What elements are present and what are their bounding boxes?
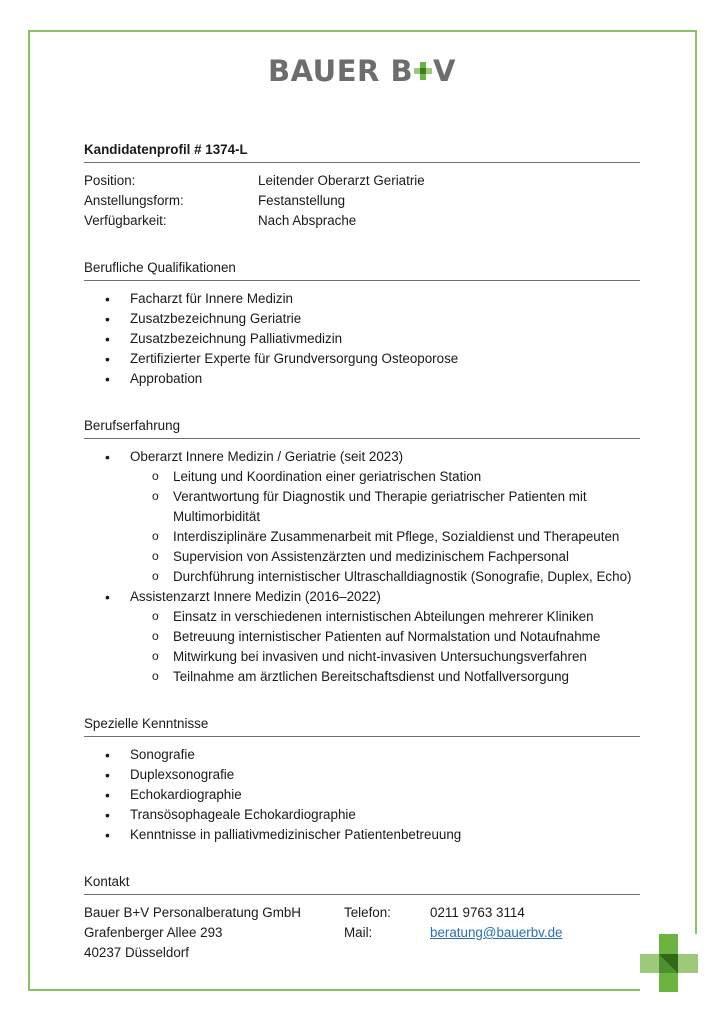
field-label: Anstellungsform: xyxy=(84,191,258,211)
section-heading-experience: Berufserfahrung xyxy=(84,416,640,439)
position-title: Assistenzarzt Innere Medizin (2016–2022) xyxy=(130,589,381,604)
task-item: Leitung und Koordination einer geriatris… xyxy=(130,467,640,487)
company-logo: BAUER BV xyxy=(0,54,724,88)
list-item: Zusatzbezeichnung Palliativmedizin xyxy=(84,329,640,349)
profile-title: Kandidatenprofil # 1374-L xyxy=(84,140,640,163)
list-item: Zertifizierter Experte für Grundversorgu… xyxy=(84,349,640,369)
list-item: Facharzt für Innere Medizin xyxy=(84,289,640,309)
position-item: Assistenzarzt Innere Medizin (2016–2022)… xyxy=(84,587,640,687)
experience-list: Oberarzt Innere Medizin / Geriatrie (sei… xyxy=(84,447,640,687)
list-item: Kenntnisse in palliativmedizinischer Pat… xyxy=(84,825,640,845)
green-cross-icon xyxy=(640,934,698,992)
field-label: Position: xyxy=(84,171,258,191)
section-heading-contact: Kontakt xyxy=(84,872,640,895)
field-position: Position: Leitender Oberarzt Geriatrie xyxy=(84,171,640,191)
mail-label: Mail: xyxy=(344,923,430,943)
page-frame-top xyxy=(28,30,697,32)
task-item: Teilnahme am ärztlichen Bereitschaftsdie… xyxy=(130,667,640,687)
contact-block: Bauer B+V Personalberatung GmbH Grafenbe… xyxy=(84,903,640,963)
task-item: Supervision von Assistenzärzten und medi… xyxy=(130,547,640,567)
contact-labels: Telefon: Mail: xyxy=(344,903,430,963)
field-label: Verfügbarkeit: xyxy=(84,211,258,231)
page-frame-right xyxy=(695,30,697,934)
field-value: Leitender Oberarzt Geriatrie xyxy=(258,171,425,191)
list-item: Duplexsonografie xyxy=(84,765,640,785)
document-body: Kandidatenprofil # 1374-L Position: Leit… xyxy=(84,140,640,963)
task-item: Betreuung internistischer Patienten auf … xyxy=(130,627,640,647)
phone-number: 0211 9763 3114 xyxy=(430,903,562,923)
task-item: Einsatz in verschiedenen internistischen… xyxy=(130,607,640,627)
list-item: Transösophageale Echokardiographie xyxy=(84,805,640,825)
green-plus-icon xyxy=(414,62,432,80)
field-employment-type: Anstellungsform: Festanstellung xyxy=(84,191,640,211)
task-list: Leitung und Koordination einer geriatris… xyxy=(130,467,640,587)
section-heading-qualifications: Berufliche Qualifikationen xyxy=(84,258,640,281)
qualifications-list: Facharzt für Innere Medizin Zusatzbezeic… xyxy=(84,289,640,389)
section-heading-skills: Spezielle Kenntnisse xyxy=(84,714,640,737)
list-item: Zusatzbezeichnung Geriatrie xyxy=(84,309,640,329)
logo-text-left: BAUER B xyxy=(268,54,413,88)
field-value: Nach Absprache xyxy=(258,211,356,231)
task-item: Interdisziplinäre Zusammenarbeit mit Pfl… xyxy=(130,527,640,547)
skills-list: Sonografie Duplexsonografie Echokardiogr… xyxy=(84,745,640,845)
task-list: Einsatz in verschiedenen internistischen… xyxy=(130,607,640,687)
task-item: Mitwirkung bei invasiven und nicht-invas… xyxy=(130,647,640,667)
profile-fields: Position: Leitender Oberarzt Geriatrie A… xyxy=(84,171,640,231)
street-address: Grafenberger Allee 293 xyxy=(84,923,344,943)
page-frame-left xyxy=(28,30,30,991)
city-address: 40237 Düsseldorf xyxy=(84,943,344,963)
company-name: Bauer B+V Personalberatung GmbH xyxy=(84,903,344,923)
list-item: Echokardiographie xyxy=(84,785,640,805)
logo-text-right: V xyxy=(433,54,456,88)
contact-values: 0211 9763 3114 beratung@bauerbv.de xyxy=(430,903,562,963)
task-item: Verantwortung für Diagnostik und Therapi… xyxy=(130,487,640,527)
page-frame-bottom xyxy=(28,989,640,991)
position-title: Oberarzt Innere Medizin / Geriatrie (sei… xyxy=(130,449,403,464)
field-availability: Verfügbarkeit: Nach Absprache xyxy=(84,211,640,231)
email-link[interactable]: beratung@bauerbv.de xyxy=(430,925,562,940)
task-item: Durchführung internistischer Ultraschall… xyxy=(130,567,640,587)
phone-label: Telefon: xyxy=(344,903,430,923)
field-value: Festanstellung xyxy=(258,191,345,211)
contact-address: Bauer B+V Personalberatung GmbH Grafenbe… xyxy=(84,903,344,963)
position-item: Oberarzt Innere Medizin / Geriatrie (sei… xyxy=(84,447,640,587)
list-item: Approbation xyxy=(84,369,640,389)
list-item: Sonografie xyxy=(84,745,640,765)
